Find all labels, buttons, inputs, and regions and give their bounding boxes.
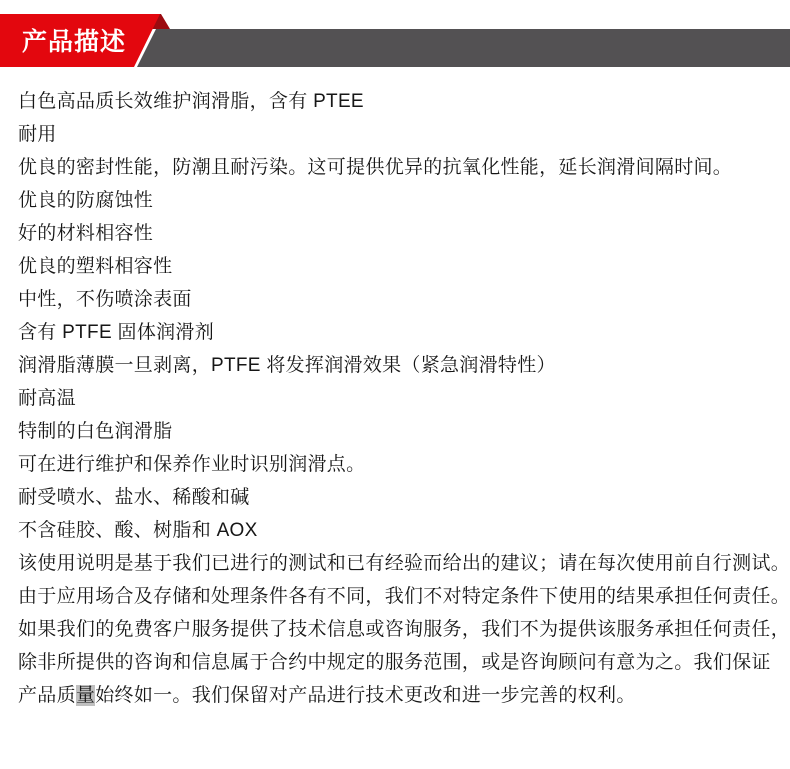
description-line: 耐受喷水、盐水、稀酸和碱: [18, 481, 790, 514]
section-title: 产品描述: [22, 30, 126, 55]
description-line-final: 产品质量始终如一。我们保留对产品进行技术更改和进一步完善的权利。: [18, 679, 790, 712]
description-line: 润滑脂薄膜一旦剥离，PTFE 将发挥润滑效果（紧急润滑特性）: [18, 349, 790, 382]
highlighted-character: 量: [76, 685, 95, 706]
description-line: 耐用: [18, 118, 790, 151]
description-line: 该使用说明是基于我们已进行的测试和已有经验而给出的建议；请在每次使用前自行测试。: [18, 547, 790, 580]
header-gray-bar: [137, 29, 790, 67]
description-line: 由于应用场合及存储和处理条件各有不同，我们不对特定条件下使用的结果承担任何责任。: [18, 580, 790, 613]
description-line: 不含硅胶、酸、树脂和 AOX: [18, 514, 790, 547]
description-line: 除非所提供的咨询和信息属于合约中规定的服务范围，或是咨询顾问有意为之。我们保证: [18, 646, 790, 679]
section-header: 产品描述: [0, 0, 790, 80]
description-line: 可在进行维护和保养作业时识别润滑点。: [18, 448, 790, 481]
description-line: 好的材料相容性: [18, 217, 790, 250]
description-line: 含有 PTFE 固体润滑剂: [18, 316, 790, 349]
description-line: 优良的塑料相容性: [18, 250, 790, 283]
product-description: 白色高品质长效维护润滑脂，含有 PTEE 耐用 优良的密封性能，防潮且耐污染。这…: [18, 85, 790, 712]
description-line: 中性，不伤喷涂表面: [18, 283, 790, 316]
description-line: 优良的防腐蚀性: [18, 184, 790, 217]
description-line: 白色高品质长效维护润滑脂，含有 PTEE: [18, 85, 790, 118]
description-line: 特制的白色润滑脂: [18, 415, 790, 448]
description-line: 优良的密封性能，防潮且耐污染。这可提供优异的抗氧化性能，延长润滑间隔时间。: [18, 151, 790, 184]
description-line: 耐高温: [18, 382, 790, 415]
description-line: 如果我们的免费客户服务提供了技术信息或咨询服务，我们不为提供该服务承担任何责任，: [18, 613, 790, 646]
final-line-suffix: 始终如一。我们保留对产品进行技术更改和进一步完善的权利。: [95, 685, 635, 706]
final-line-prefix: 产品质: [18, 685, 76, 706]
page: { "header": { "title": "产品描述", "colors":…: [0, 0, 790, 769]
